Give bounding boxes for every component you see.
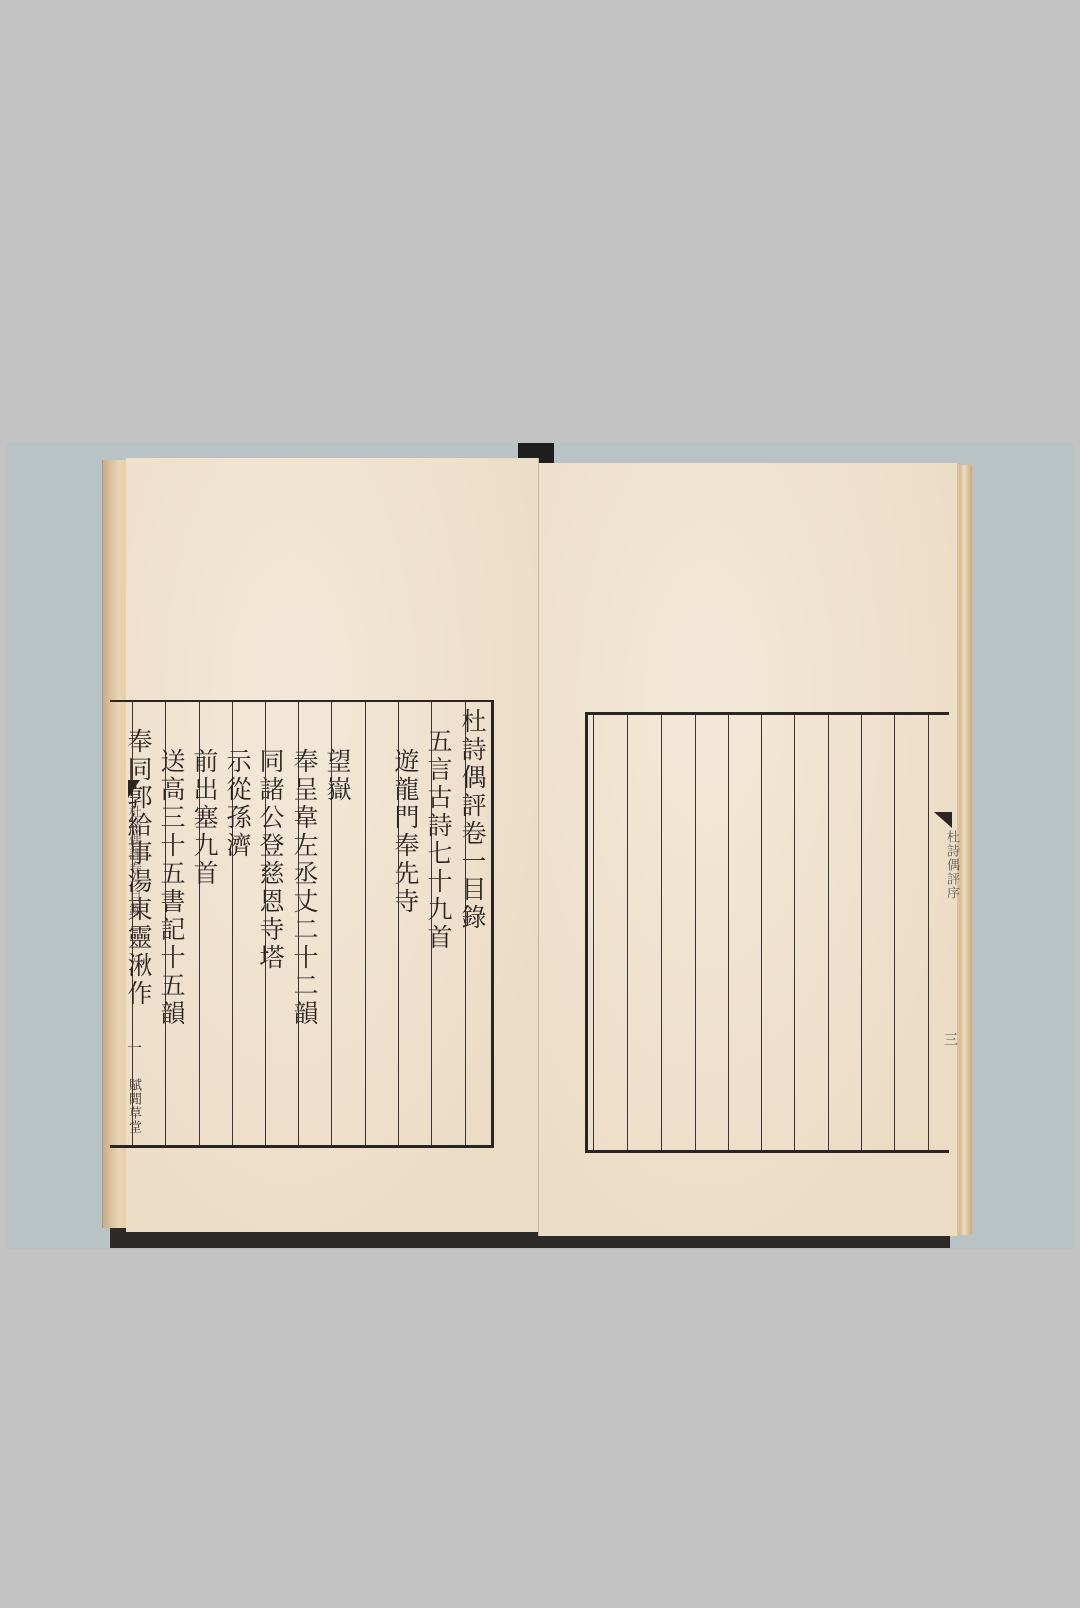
heart-margin-label: 杜詩偶評序 [942, 830, 961, 900]
fish-tail-mark [934, 812, 952, 828]
toc-entry: 同諸公登慈恩寺塔 [255, 748, 285, 972]
column-rule [593, 715, 594, 1150]
column-rule [861, 715, 862, 1150]
left-page-frame: 杜詩偶評卷一目錄 五言古詩七十九首 遊龍門奉先寺 望嶽 奉呈韋左丞丈二十二韻 同… [110, 700, 494, 1148]
publisher-name: 賦閒草堂 [124, 1078, 143, 1134]
fish-tail-mark [128, 780, 140, 798]
column-rule [928, 715, 929, 1150]
toc-entry: 前出塞九首 [189, 748, 219, 888]
toc-entry: 遊龍門奉先寺 [390, 748, 420, 916]
column-rule [894, 715, 895, 1150]
heart-margin-label: 杜詩偶評卷一目錄 [124, 805, 143, 917]
column-rule [728, 715, 729, 1150]
toc-entry: 送高三十五書記十五韻 [156, 748, 186, 1028]
column-rule [761, 715, 762, 1150]
column-rule [695, 715, 696, 1150]
toc-entry: 奉呈韋左丞丈二十二韻 [289, 748, 319, 1028]
column-rule [661, 715, 662, 1150]
toc-entry: 示從孫濟 [222, 748, 252, 860]
column-rule [365, 702, 366, 1145]
column-rule [627, 715, 628, 1150]
column-rule [828, 715, 829, 1150]
toc-title: 杜詩偶評卷一目錄 [457, 708, 487, 932]
page-number: 三 [940, 1032, 960, 1047]
toc-section-heading: 五言古詩七十九首 [423, 728, 453, 952]
column-rule [794, 715, 795, 1150]
toc-entry: 望嶽 [322, 748, 352, 804]
right-page-frame [585, 712, 949, 1153]
page-number: 一 [124, 1040, 145, 1056]
